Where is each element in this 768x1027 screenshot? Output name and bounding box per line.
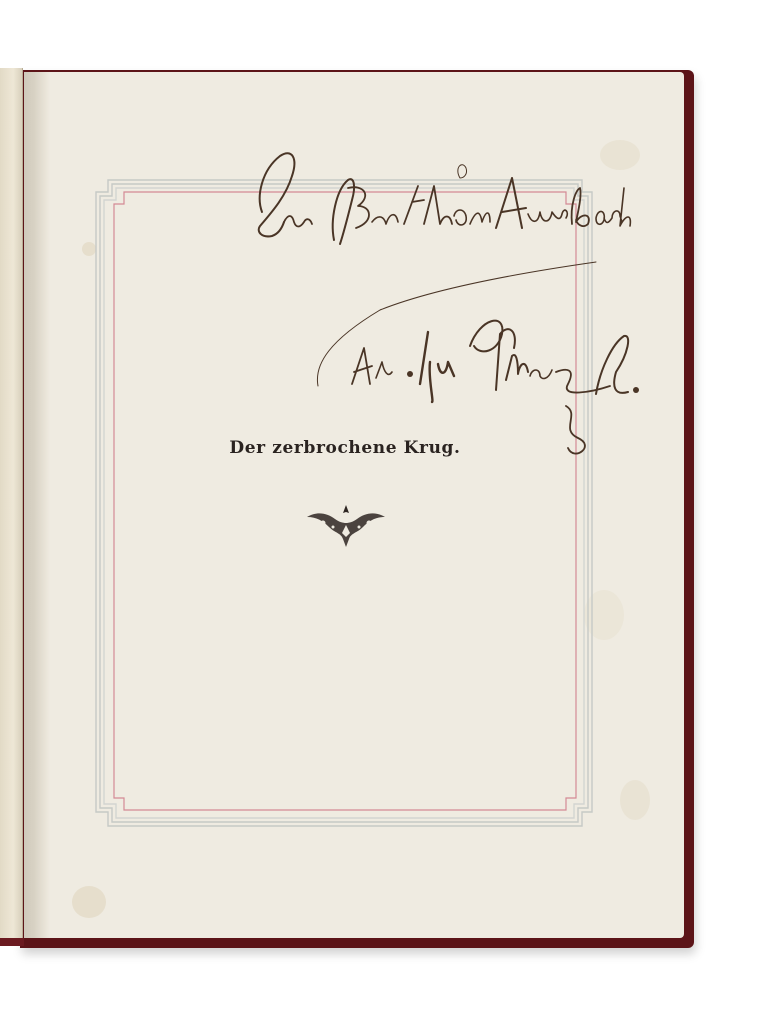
open-book: Der zerbrochene Krug. (0, 0, 768, 1027)
floral-ornament-icon (303, 503, 389, 549)
book-title: Der zerbrochene Krug. (190, 438, 500, 458)
